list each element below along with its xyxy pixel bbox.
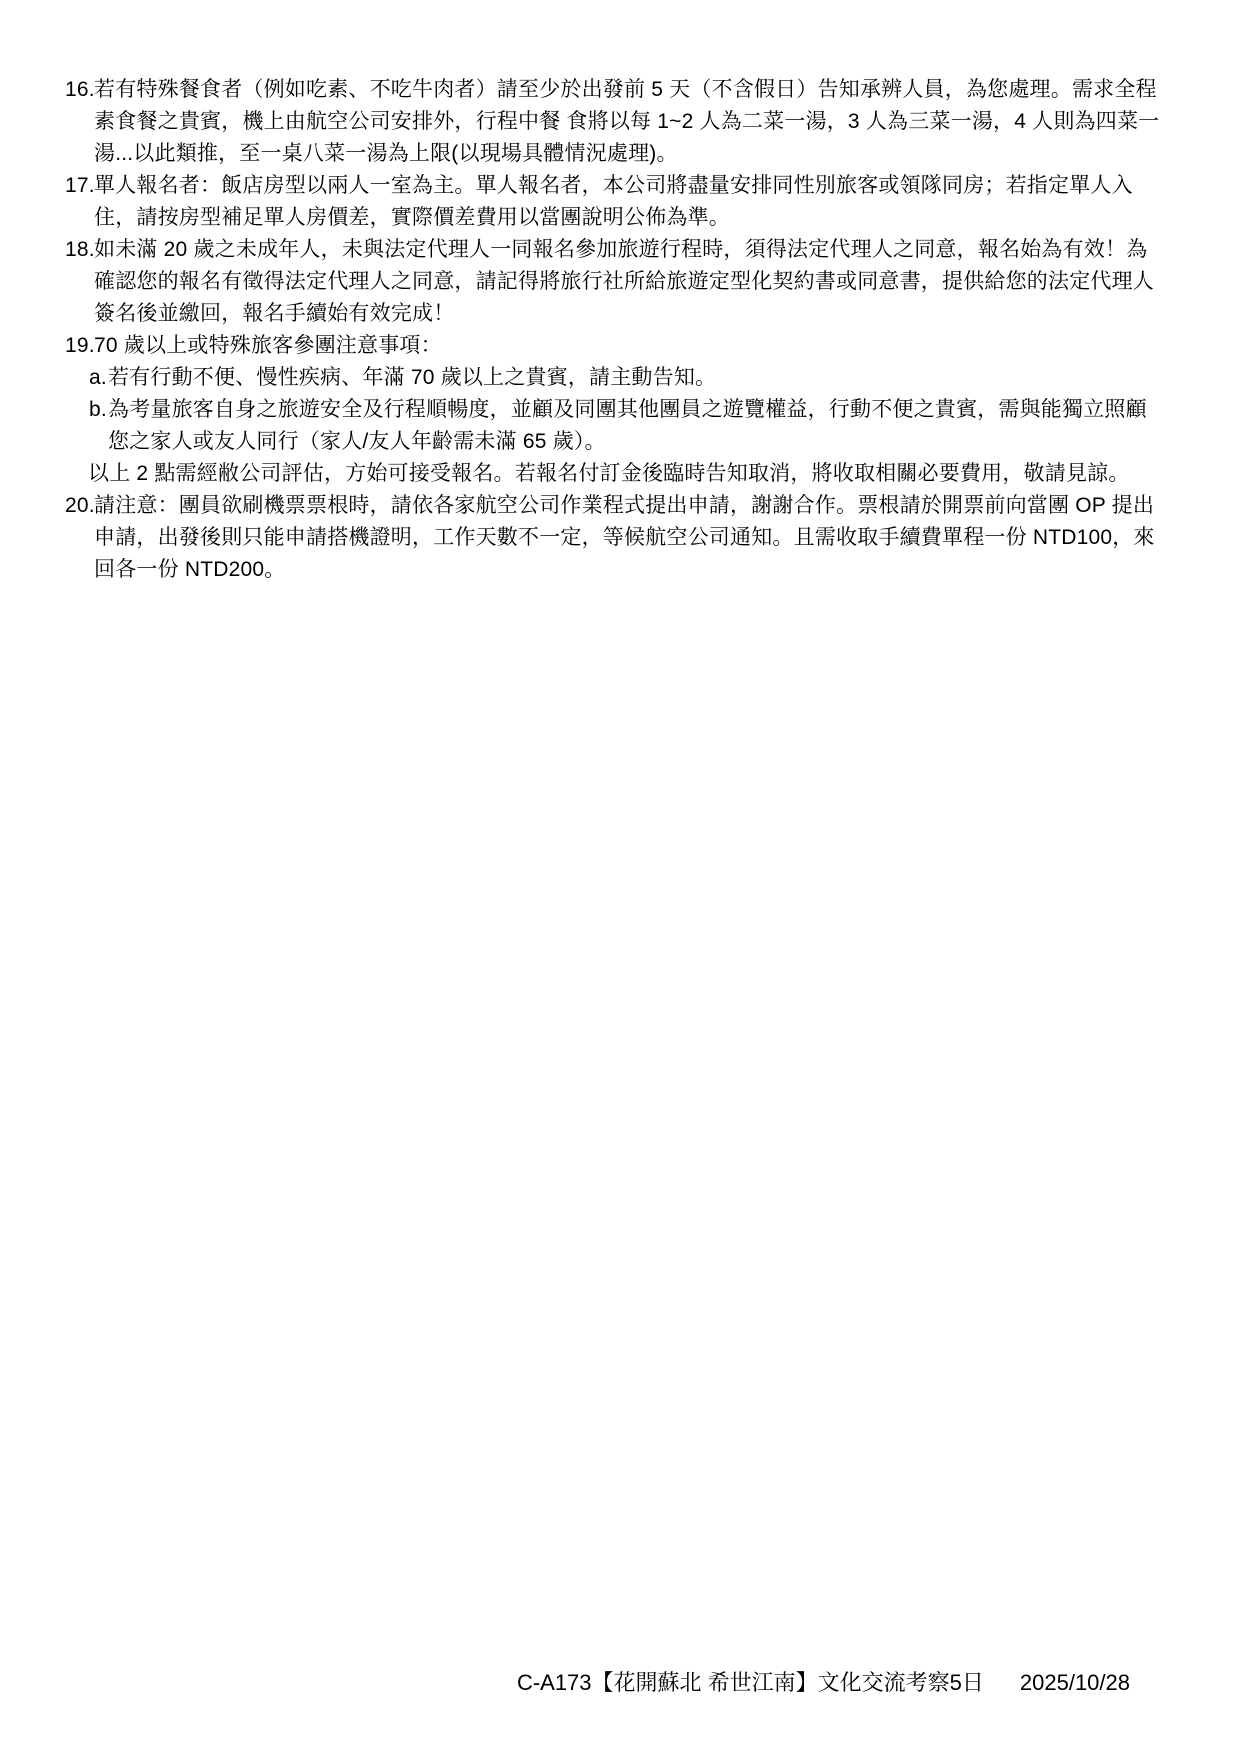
list-item-18: 18.如未滿 20 歲之未成年人，未與法定代理人一同報名參加旅遊行程時，須得法定… — [65, 234, 1163, 330]
list-item-19: 19.70 歲以上或特殊旅客參團注意事項： — [65, 330, 1163, 362]
document-page: { "items": [ { "num": "16.", "text": "若有… — [0, 0, 1241, 1755]
item-16-number: 16. — [65, 74, 94, 106]
item-18-number: 18. — [65, 234, 94, 266]
item-19a-letter: a. — [89, 362, 108, 394]
list-item-20: 20.請注意：團員欲刷機票票根時，請依各家航空公司作業程式提出申請，謝謝合作。票… — [65, 490, 1163, 586]
item-20-text: 請注意：團員欲刷機票票根時，請依各家航空公司作業程式提出申請，謝謝合作。票根請於… — [94, 494, 1155, 581]
list-item-19-note: 以上 2 點需經敝公司評估，方始可接受報名。若報名付訂金後臨時告知取消，將收取相… — [65, 458, 1163, 490]
footer-date: 2025/10/28 — [1020, 1670, 1130, 1695]
list-item-16: 16.若有特殊餐食者（例如吃素、不吃牛肉者）請至少於出發前 5 天（不含假日）告… — [65, 74, 1163, 170]
list-item-19b: b.為考量旅客自身之旅遊安全及行程順暢度，並顧及同團其他團員之遊覽權益，行動不便… — [65, 394, 1163, 458]
terms-and-notices-list: 16.若有特殊餐食者（例如吃素、不吃牛肉者）請至少於出發前 5 天（不含假日）告… — [65, 74, 1163, 586]
item-16-text: 若有特殊餐食者（例如吃素、不吃牛肉者）請至少於出發前 5 天（不含假日）告知承辨… — [94, 78, 1159, 165]
item-20-number: 20. — [65, 490, 94, 522]
list-item-19a: a.若有行動不便、慢性疾病、年滿 70 歲以上之貴賓，請主動告知。 — [65, 362, 1163, 394]
item-17-number: 17. — [65, 170, 94, 202]
item-19b-letter: b. — [89, 394, 108, 426]
item-17-text: 單人報名者：飯店房型以兩人一室為主。單人報名者，本公司將盡量安排同性別旅客或領隊… — [94, 174, 1133, 229]
item-19-number: 19. — [65, 330, 94, 362]
item-18-text: 如未滿 20 歲之未成年人，未與法定代理人一同報名參加旅遊行程時，須得法定代理人… — [94, 238, 1154, 325]
item-19a-text: 若有行動不便、慢性疾病、年滿 70 歲以上之貴賓，請主動告知。 — [108, 366, 716, 389]
page-footer: C-A173【花開蘇北 希世江南】文化交流考察5日2025/10/28 — [0, 1668, 1130, 1698]
item-19-text: 70 歲以上或特殊旅客參團注意事項： — [94, 334, 442, 357]
item-19b-text: 為考量旅客自身之旅遊安全及行程順暢度，並顧及同團其他團員之遊覽權益，行動不便之貴… — [108, 398, 1147, 453]
list-item-17: 17.單人報名者：飯店房型以兩人一室為主。單人報名者，本公司將盡量安排同性別旅客… — [65, 170, 1163, 234]
footer-tour-code: C-A173【花開蘇北 希世江南】文化交流考察5日 — [517, 1670, 984, 1695]
